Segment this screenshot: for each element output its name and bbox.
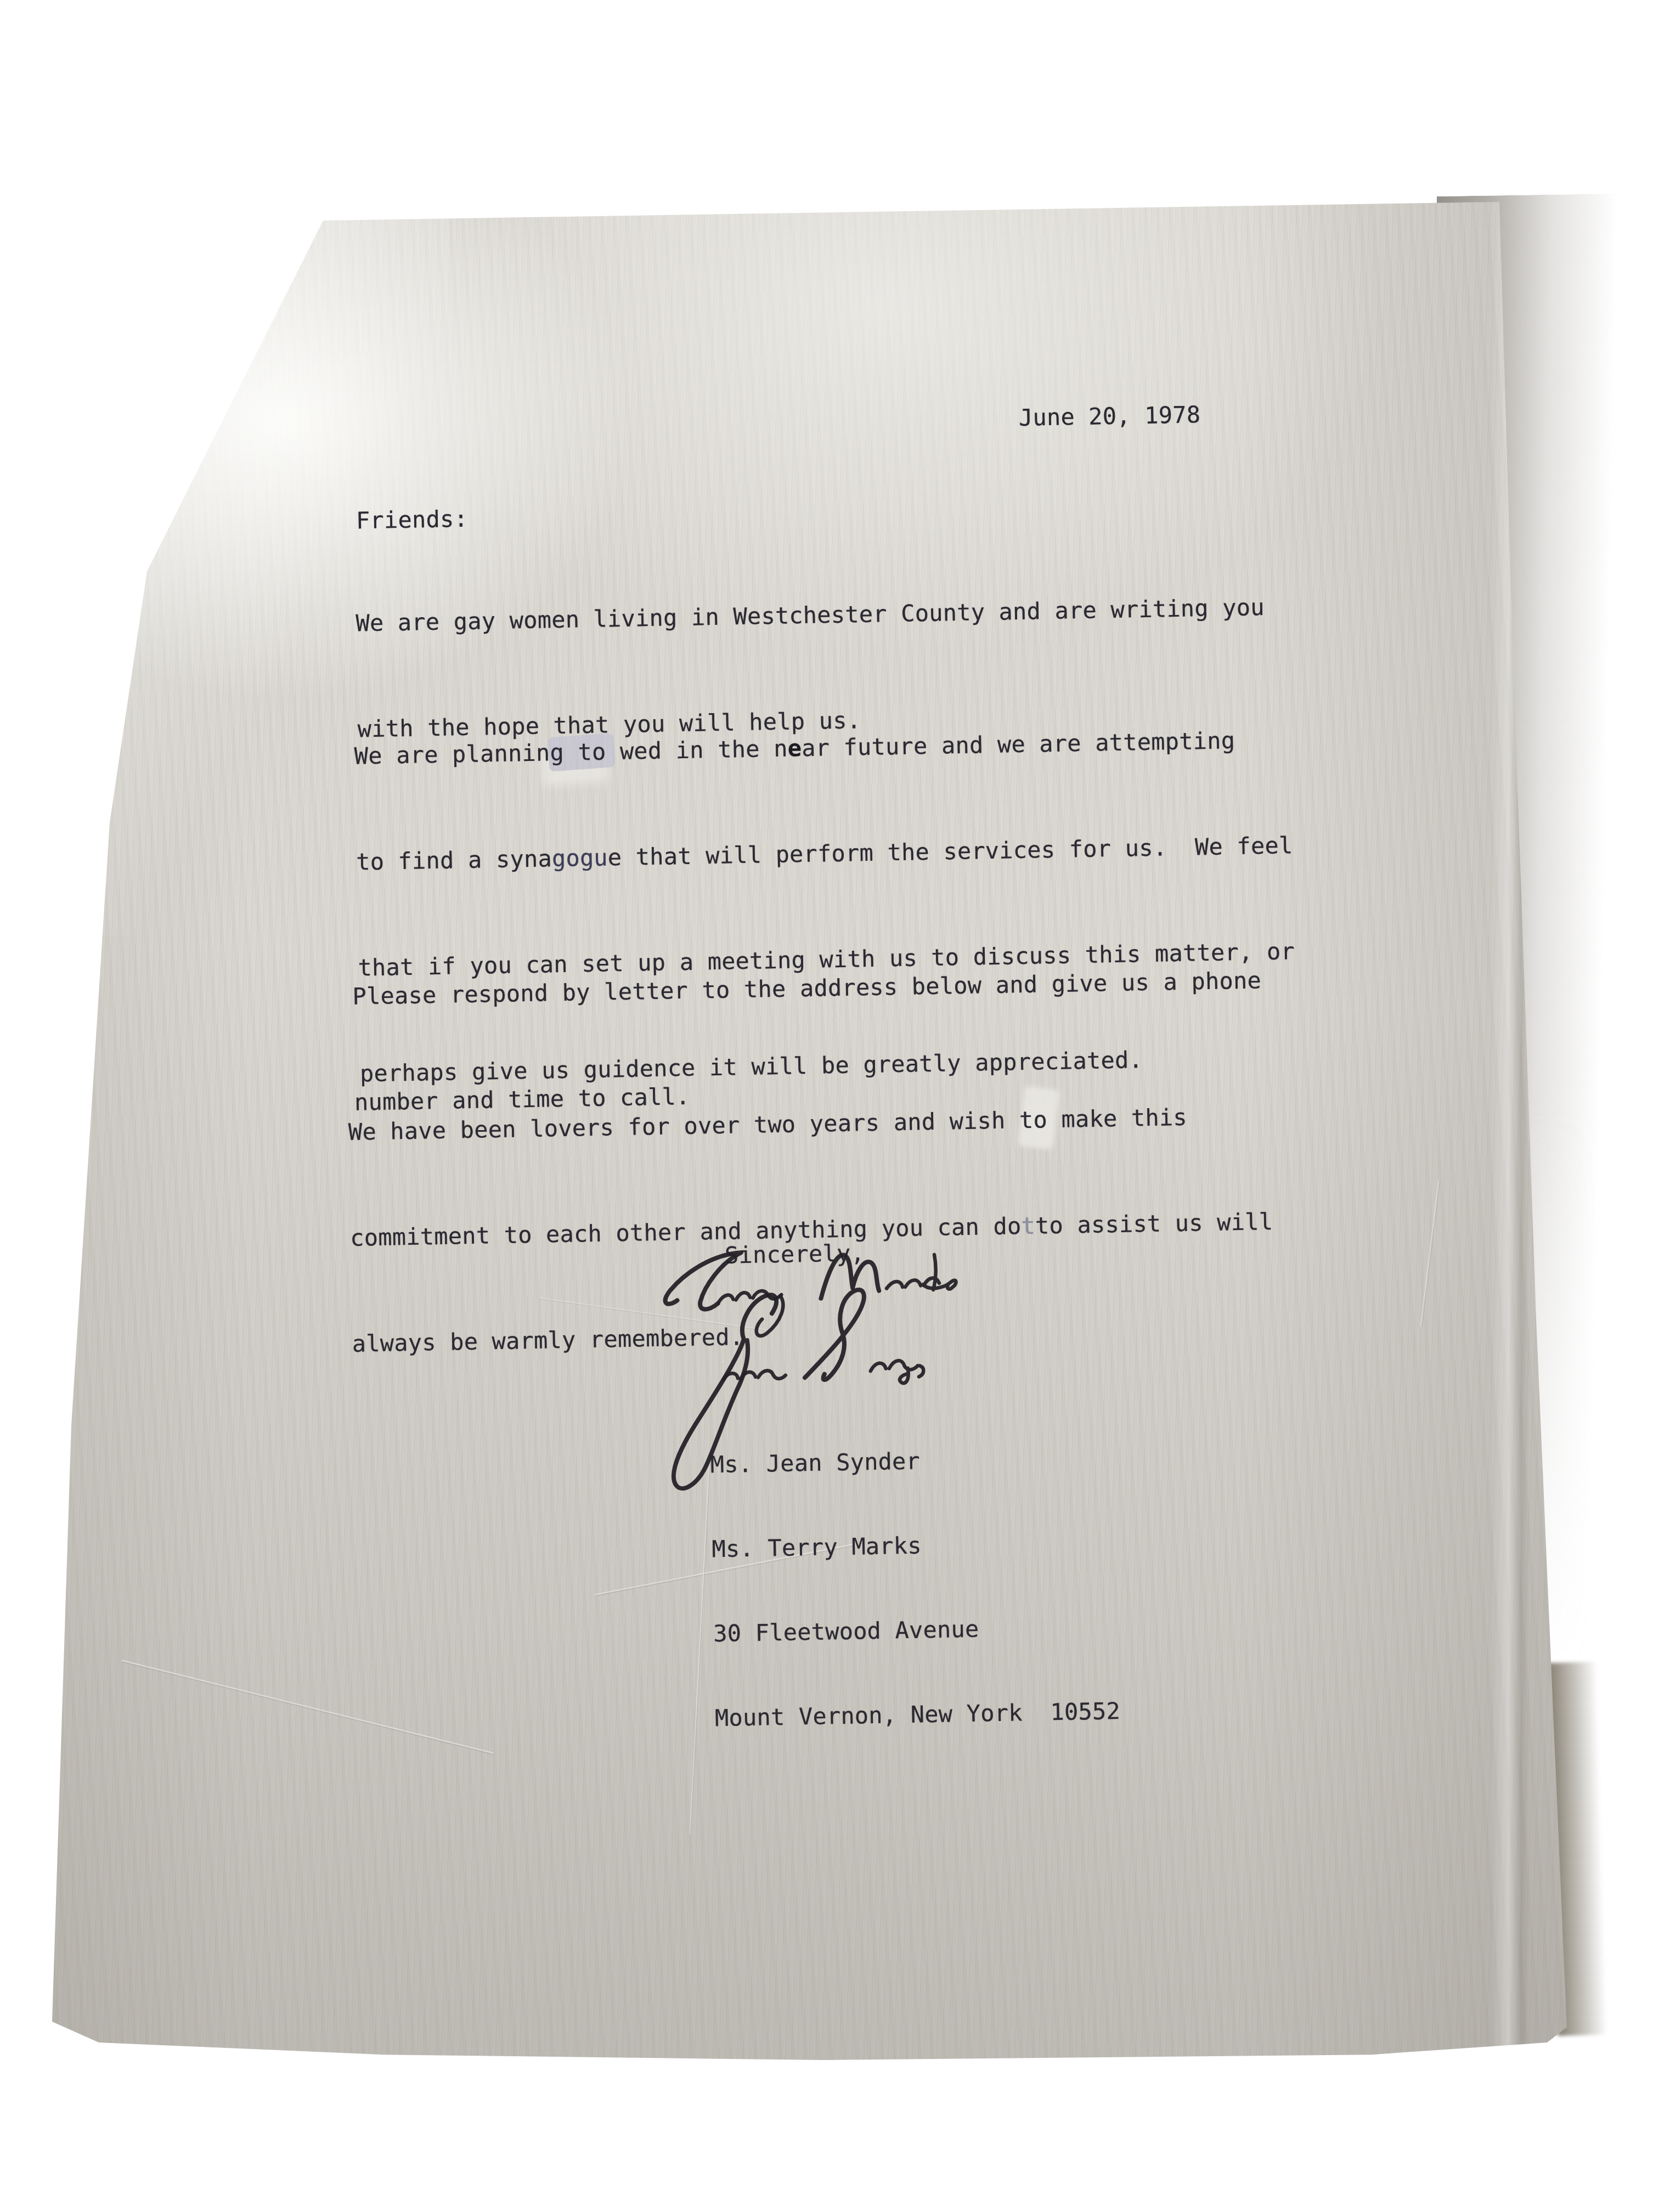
body-line: We are planning to wed in the near futur…: [354, 713, 1291, 782]
body-line: We have been lovers for over two years a…: [348, 1090, 1272, 1158]
typed-signature-block: Ms. Jean Synder Ms. Terry Marks 30 Fleet…: [709, 1389, 1122, 1787]
body-line: to find a synagogue that will perform th…: [356, 819, 1293, 888]
body-line: We are gay women living in Westchester C…: [356, 581, 1265, 649]
address-line: 30 Fleetwood Avenue: [713, 1611, 1119, 1649]
letter-photograph: June 20, 1978 Friends: We are gay women …: [0, 0, 1659, 2212]
body-line: Please respond by letter to the address …: [352, 954, 1262, 1022]
letter-content: June 20, 1978 Friends: We are gay women …: [340, 376, 1440, 1766]
letter-date: June 20, 1978: [1018, 388, 1201, 444]
typed-name: Ms. Terry Marks: [712, 1527, 1118, 1565]
address-line: Mount Vernon, New York 10552: [715, 1696, 1121, 1734]
salutation: Friends:: [356, 493, 469, 547]
signature-terry-marks: [664, 1249, 957, 1338]
typed-name: Ms. Jean Synder: [710, 1442, 1116, 1480]
